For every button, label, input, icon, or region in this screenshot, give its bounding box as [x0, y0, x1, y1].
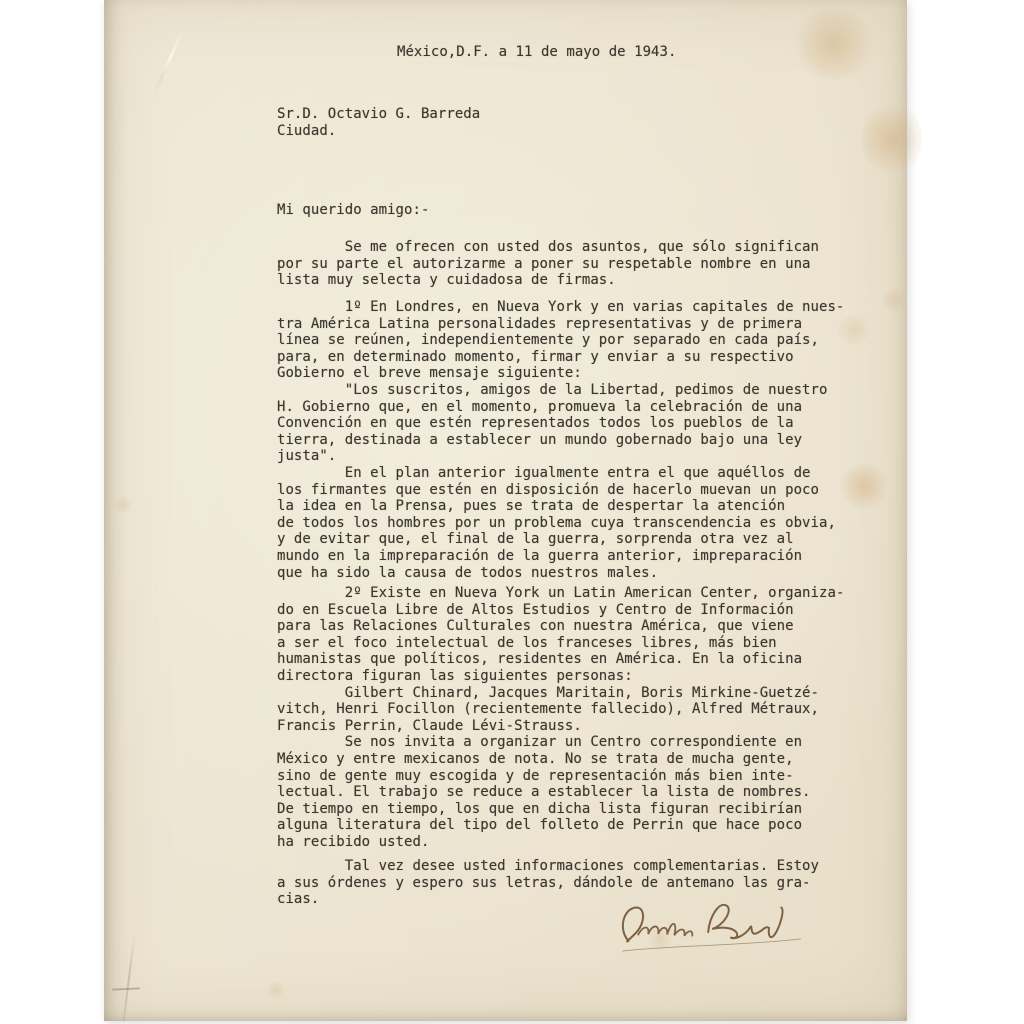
handwritten-signature [615, 893, 807, 962]
paragraph-intro: Se me ofrecen con usted dos asuntos, que… [277, 239, 819, 289]
salutation: Mi querido amigo:- [277, 202, 429, 219]
foxing-stain [882, 288, 906, 312]
recipient-address: Sr.D. Octavio G. Barreda Ciudad. [277, 106, 480, 139]
pencil-mark [112, 987, 140, 990]
foxing-stain [862, 100, 922, 178]
paper-crease [123, 933, 136, 1023]
foxing-stain [792, 8, 876, 80]
foxing-stain [114, 496, 132, 514]
paragraph-point-1: 1º En Londres, en Nueva York y en varias… [277, 299, 844, 581]
paragraph-point-2: 2º Existe en Nueva York un Latin America… [277, 585, 844, 851]
scanned-letter-scene: México,D.F. a 11 de mayo de 1943. Sr.D. … [0, 0, 1024, 1024]
foxing-stain [840, 462, 888, 510]
dateline: México,D.F. a 11 de mayo de 1943. [397, 44, 676, 61]
paper-sheet: México,D.F. a 11 de mayo de 1943. Sr.D. … [104, 0, 907, 1021]
foxing-stain [266, 982, 286, 998]
signature-ink-strokes [615, 893, 807, 962]
paper-scratch [151, 31, 183, 98]
